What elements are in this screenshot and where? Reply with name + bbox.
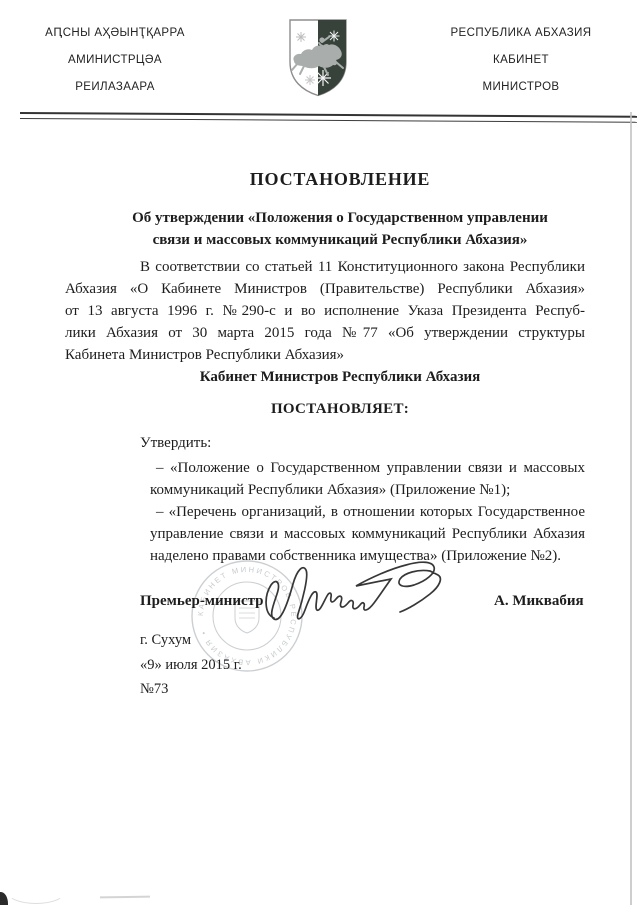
document-subject: Об утверждении «Положения о Государствен… [65, 207, 585, 251]
item-line: управление связи и массовых коммуникаций… [150, 523, 585, 545]
issuing-authority: Кабинет Министров Республики Абхазия [65, 369, 585, 386]
handwritten-signature [258, 554, 458, 632]
header-abkhaz-line: РЕИЛАЗААРА [40, 74, 190, 101]
scan-edge-line [630, 112, 632, 905]
footer-city: г. Сухум [140, 628, 242, 653]
header-russian-line: РЕСПУБЛИКА АБХАЗИЯ [445, 20, 597, 47]
preamble-line: Кабинета Министров Республики Абхазия» [65, 344, 585, 366]
document-page: АԤСНЫ АҲӘЫНҬҚАРРА АМИНИСТРЦӘА РЕИЛАЗААРА… [0, 0, 640, 905]
signatory-name: А. Миквабия [494, 593, 584, 610]
header-russian-line: КАБИНЕТ [445, 47, 597, 74]
preamble-line: от 13 августа 1996 г. №290-с и во исполн… [65, 300, 585, 322]
subject-line: связи и массовых коммуникаций Республики… [95, 229, 585, 251]
footer-number: №73 [140, 677, 242, 702]
header-divider-rule [20, 112, 637, 123]
header-russian-line: МИНИСТРОВ [445, 74, 597, 101]
resolution-item: – «Положение о Государственном управлени… [150, 457, 585, 501]
preamble-paragraph: В соответствии со статьей 11 Конституцио… [65, 256, 585, 366]
item-line: – «Положение о Государственном управлени… [150, 457, 585, 479]
resolution-word: ПОСТАНОВЛЯЕТ: [65, 401, 585, 418]
scan-smudge-artifact [100, 896, 150, 898]
item-line: – «Перечень организаций, в отношении кот… [150, 501, 585, 523]
preamble-line: лики Абхазия от 30 марта 2015 года №77 «… [65, 322, 585, 344]
footer-date: «9» июля 2015 г. [140, 653, 242, 678]
preamble-line: Абхазия «О Кабинете Министров (Правитель… [65, 278, 585, 300]
header-russian-title: РЕСПУБЛИКА АБХАЗИЯ КАБИНЕТ МИНИСТРОВ [445, 20, 597, 101]
document-footer: г. Сухум «9» июля 2015 г. №73 [140, 628, 242, 702]
document-title: ПОСТАНОВЛЕНИЕ [65, 169, 585, 190]
preamble-line: В соответствии со статьей 11 Конституцио… [65, 256, 585, 278]
approve-label: Утвердить: [140, 435, 211, 452]
signatory-post: Премьер-министр [140, 593, 264, 610]
subject-line: Об утверждении «Положения о Государствен… [95, 207, 585, 229]
coat-of-arms-icon [286, 17, 350, 99]
item-line: коммуникаций Республики Абхазия» (Прилож… [150, 479, 585, 501]
header-abkhaz-line: АМИНИСТРЦӘА [40, 47, 190, 74]
header-abkhaz-line: АԤСНЫ АҲӘЫНҬҚАРРА [40, 20, 190, 47]
scan-smudge-artifact [6, 878, 66, 904]
header-abkhaz-title: АԤСНЫ АҲӘЫНҬҚАРРА АМИНИСТРЦӘА РЕИЛАЗААРА [40, 20, 190, 101]
